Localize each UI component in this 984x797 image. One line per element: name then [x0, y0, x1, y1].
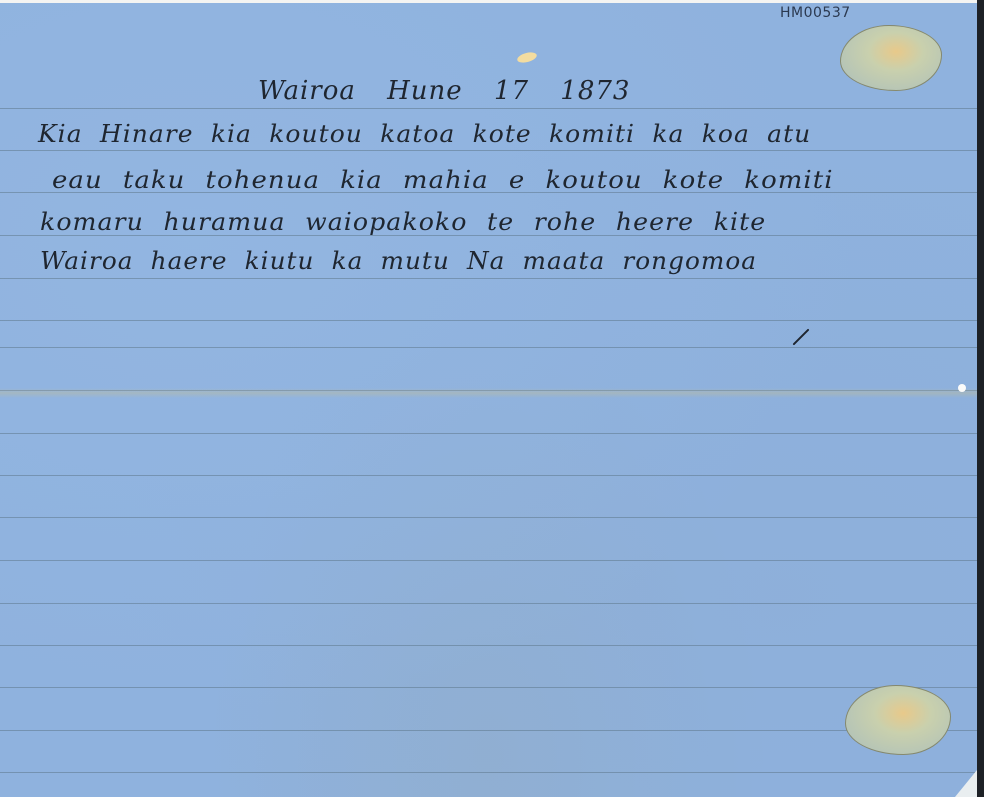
water-stain-bottom: [845, 685, 951, 755]
ruled-line: [0, 108, 977, 109]
punch-hole: [958, 384, 966, 392]
dateline: Wairoa Hune 17 1873: [258, 76, 630, 106]
ruled-line: [0, 433, 977, 434]
scan-top-edge: [0, 0, 984, 3]
letter-page: HM00537 Wairoa Hune 17 1873 Kia Hinare k…: [0, 0, 977, 797]
letter-line-3: komaru huramua waiopakoko te rohe heere …: [40, 208, 766, 236]
letter-line-1: Kia Hinare kia koutou katoa kote komiti …: [38, 120, 811, 148]
letter-line-2: eau taku tohenua kia mahia e koutou kote…: [52, 166, 834, 194]
ruled-line: [0, 603, 977, 604]
ink-stroke-mark: [793, 329, 810, 346]
ruled-line: [0, 150, 977, 151]
fold-crease: [0, 388, 977, 398]
ruled-line: [0, 687, 977, 688]
ruled-line: [0, 320, 977, 321]
wax-spot: [516, 51, 538, 65]
ruled-line: [0, 730, 977, 731]
ruled-line: [0, 645, 977, 646]
scan-right-border: [977, 0, 984, 797]
ruled-line: [0, 560, 977, 561]
ruled-line: [0, 772, 977, 773]
folded-corner: [955, 770, 977, 797]
ruled-line: [0, 517, 977, 518]
ruled-line: [0, 347, 977, 348]
water-stain-top: [840, 25, 942, 91]
ruled-line: [0, 475, 977, 476]
letter-line-4: Wairoa haere kiutu ka mutu Na maata rong…: [40, 247, 757, 275]
archive-id: HM00537: [780, 5, 851, 21]
ruled-line: [0, 278, 977, 279]
